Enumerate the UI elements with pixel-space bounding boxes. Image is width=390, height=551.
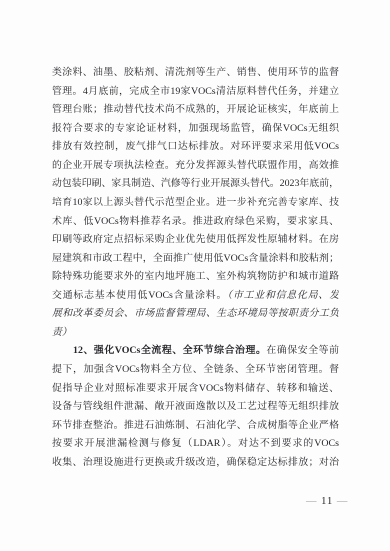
text-line: 按要求开展泄漏检测与修复（LDAR）。对达不到要求的VOCs [52, 435, 339, 454]
text-segment: 培育10家以上源头替代示范型企业。进一步补充完善专家库、技 [52, 197, 339, 208]
text-segment: 在确保安全等前 [266, 345, 339, 356]
text-segment: 促指导企业对照标准要求开展含VOCs物料储存、转移和输送、 [52, 383, 339, 394]
text-segment: 管理台账；推动替代技术尚不成熟的，开展论证核实，年底前上 [52, 104, 339, 115]
text-line: 环节排查整治。推进石油炼制、石油化学、合成树脂等企业严格 [52, 417, 339, 436]
text-line: 的企业开展专项执法检查。充分发挥源头替代联盟作用，高效推 [52, 157, 339, 176]
page-number-dash-left: — [306, 496, 318, 507]
text-segment: 类涂料、油墨、胶粘剂、清洗剂等生产、销售、使用环节的监督 [52, 67, 339, 78]
page-number-value: 11 [321, 496, 333, 507]
text-segment: 设备与管线组件泄漏、敞开液面逸散以及工艺过程等无组织排放 [52, 401, 339, 412]
text-segment: 责） [52, 327, 72, 338]
text-segment: 展和改革委员会、市场监督管理局、生态环境局等按职责分工负 [52, 308, 339, 319]
text-line: 除特殊功能要求外的室内地坪施工、室外构筑物防护和城市道路 [52, 268, 339, 287]
text-segment: （市工业和信息化局、发 [227, 290, 339, 301]
text-line: 12、强化VOCs全流程、全环节综合治理。在确保安全等前 [52, 342, 339, 361]
text-segment: 管理。4月底前，完成全市19家VOCs清洁原料替代任务，并建立 [52, 86, 339, 97]
text-segment: 印刷等政府定点招标采购企业优先使用低挥发性原辅材料。在房 [52, 234, 339, 245]
text-line: 提下，加强含VOCs物料全方位、全链条、全环节密闭管理。督 [52, 361, 339, 380]
text-segment: 的企业开展专项执法检查。充分发挥源头替代联盟作用，高效推 [52, 160, 339, 171]
text-line: 类涂料、油墨、胶粘剂、清洗剂等生产、销售、使用环节的监督 [52, 64, 339, 83]
text-line: 管理台账；推动替代技术尚不成熟的，开展论证核实，年底前上 [52, 101, 339, 120]
text-segment: 环节排查整治。推进石油炼制、石油化学、合成树脂等企业严格 [52, 420, 339, 431]
text-segment: 屋建筑和市政工程中，全面推广使用低VOCs含量涂料和胶粘剂； [52, 253, 339, 264]
text-segment: 除特殊功能要求外的室内地坪施工、室外构筑物防护和城市道路 [52, 271, 339, 282]
text-segment: 术库、低VOCs物料推荐名录。推进政府绿色采购，要求家具、 [52, 216, 339, 227]
text-line: 展和改革委员会、市场监督管理局、生态环境局等按职责分工负 [52, 305, 339, 324]
text-segment: 报符合要求的专家论证材料，加强现场监管，确保VOCs无组织 [52, 123, 339, 134]
text-line: 设备与管线组件泄漏、敞开液面逸散以及工艺过程等无组织排放 [52, 398, 339, 417]
text-line: 促指导企业对照标准要求开展含VOCs物料储存、转移和输送、 [52, 380, 339, 399]
text-segment: 排放有效控制，废气排气口达标排放。对环评要求采用低VOCs [52, 141, 339, 152]
page-number-dash-right: — [337, 496, 349, 507]
text-line: 报符合要求的专家论证材料，加强现场监管，确保VOCs无组织 [52, 120, 339, 139]
text-segment: 收集、治理设施进行更换或升级改造，确保稳定达标排放；对治 [52, 457, 339, 468]
text-line: 屋建筑和市政工程中，全面推广使用低VOCs含量涂料和胶粘剂； [52, 250, 339, 269]
text-line: 排放有效控制，废气排气口达标排放。对环评要求采用低VOCs [52, 138, 339, 157]
text-line: 培育10家以上源头替代示范型企业。进一步补充完善专家库、技 [52, 194, 339, 213]
text-segment: 按要求开展泄漏检测与修复（LDAR）。对达不到要求的VOCs [52, 438, 339, 449]
page-number: — 11 — [306, 496, 348, 508]
text-segment: 动包装印刷、家具制造、汽修等行业开展源头替代。2023年底前， [52, 178, 339, 189]
text-line: 交通标志基本使用低VOCs含量涂料。（市工业和信息化局、发 [52, 287, 339, 306]
text-line: 管理。4月底前，完成全市19家VOCs清洁原料替代任务，并建立 [52, 83, 339, 102]
text-line: 印刷等政府定点招标采购企业优先使用低挥发性原辅材料。在房 [52, 231, 339, 250]
text-line: 责） [52, 324, 339, 343]
body-text: 类涂料、油墨、胶粘剂、清洗剂等生产、销售、使用环节的监督管理。4月底前，完成全市… [52, 64, 339, 472]
text-segment: 12、强化VOCs全流程、全环节综合治理。 [73, 345, 266, 356]
text-segment: 交通标志基本使用低VOCs含量涂料。 [52, 290, 227, 301]
text-line: 收集、治理设施进行更换或升级改造，确保稳定达标排放；对治 [52, 454, 339, 473]
text-line: 术库、低VOCs物料推荐名录。推进政府绿色采购，要求家具、 [52, 213, 339, 232]
text-line: 动包装印刷、家具制造、汽修等行业开展源头替代。2023年底前， [52, 175, 339, 194]
text-segment: 提下，加强含VOCs物料全方位、全链条、全环节密闭管理。督 [52, 364, 339, 375]
document-page: 类涂料、油墨、胶粘剂、清洗剂等生产、销售、使用环节的监督管理。4月底前，完成全市… [0, 0, 390, 551]
